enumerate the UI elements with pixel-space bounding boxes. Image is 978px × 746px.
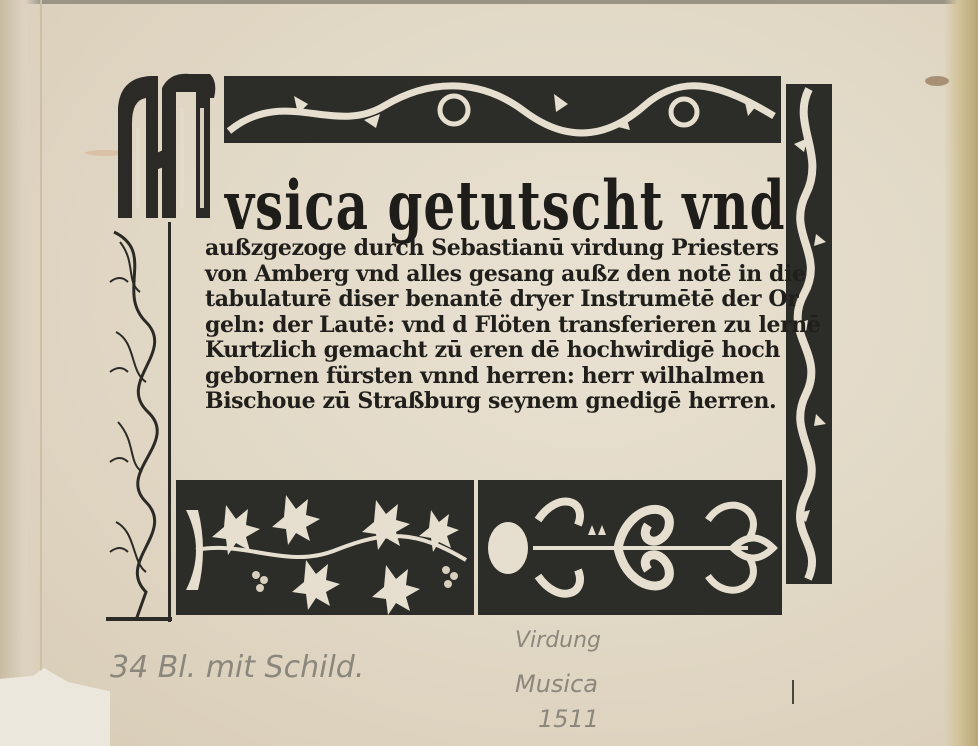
pencil-note-year: 1511 xyxy=(538,705,599,733)
scanned-page: vsica getutscht vnd außzgezoge durch Seb… xyxy=(0,0,978,746)
paper-repair-patch xyxy=(0,668,110,746)
title-page-body: außzgezoge durch Sebastianū virdung Prie… xyxy=(205,236,785,415)
stain xyxy=(925,76,949,86)
body-line: geln: der Lautē: vnd d Flöten transferie… xyxy=(205,313,785,339)
page-fold xyxy=(40,0,42,746)
body-line: Kurtzlich gemacht zū eren dē hochwirdigē… xyxy=(205,338,785,364)
ink-mark xyxy=(792,680,794,704)
pencil-note-title: Musica xyxy=(515,670,598,698)
grapevine-icon xyxy=(176,480,474,615)
binding-gutter xyxy=(0,0,42,746)
initial-m-icon xyxy=(110,68,220,228)
bottom-left-panel xyxy=(176,480,474,615)
body-line: gebornen fürsten vnnd herren: herr wilha… xyxy=(205,364,785,390)
pencil-note-left: 34 Bl. mit Schild. xyxy=(110,650,364,685)
top-ornament-border xyxy=(224,76,781,143)
foliate-scroll-icon xyxy=(224,76,781,143)
decorated-initial xyxy=(110,68,220,228)
left-ornament-border xyxy=(106,222,172,622)
bottom-right-panel xyxy=(478,480,782,615)
arabesque-vase-icon xyxy=(478,480,782,615)
acanthus-scroll-icon xyxy=(106,222,172,622)
body-line: außzgezoge durch Sebastianū virdung Prie… xyxy=(205,236,785,262)
body-line: Bischoue zū Straßburg seynem gnedigē her… xyxy=(205,389,785,415)
body-line: von Amberg vnd alles gesang außz den not… xyxy=(205,262,785,288)
page-top-edge xyxy=(0,0,978,4)
page-right-edge xyxy=(944,0,978,746)
body-line: tabulaturē diser benantē dryer Instrumēt… xyxy=(205,287,785,313)
pencil-note-author: Virdung xyxy=(515,628,601,653)
